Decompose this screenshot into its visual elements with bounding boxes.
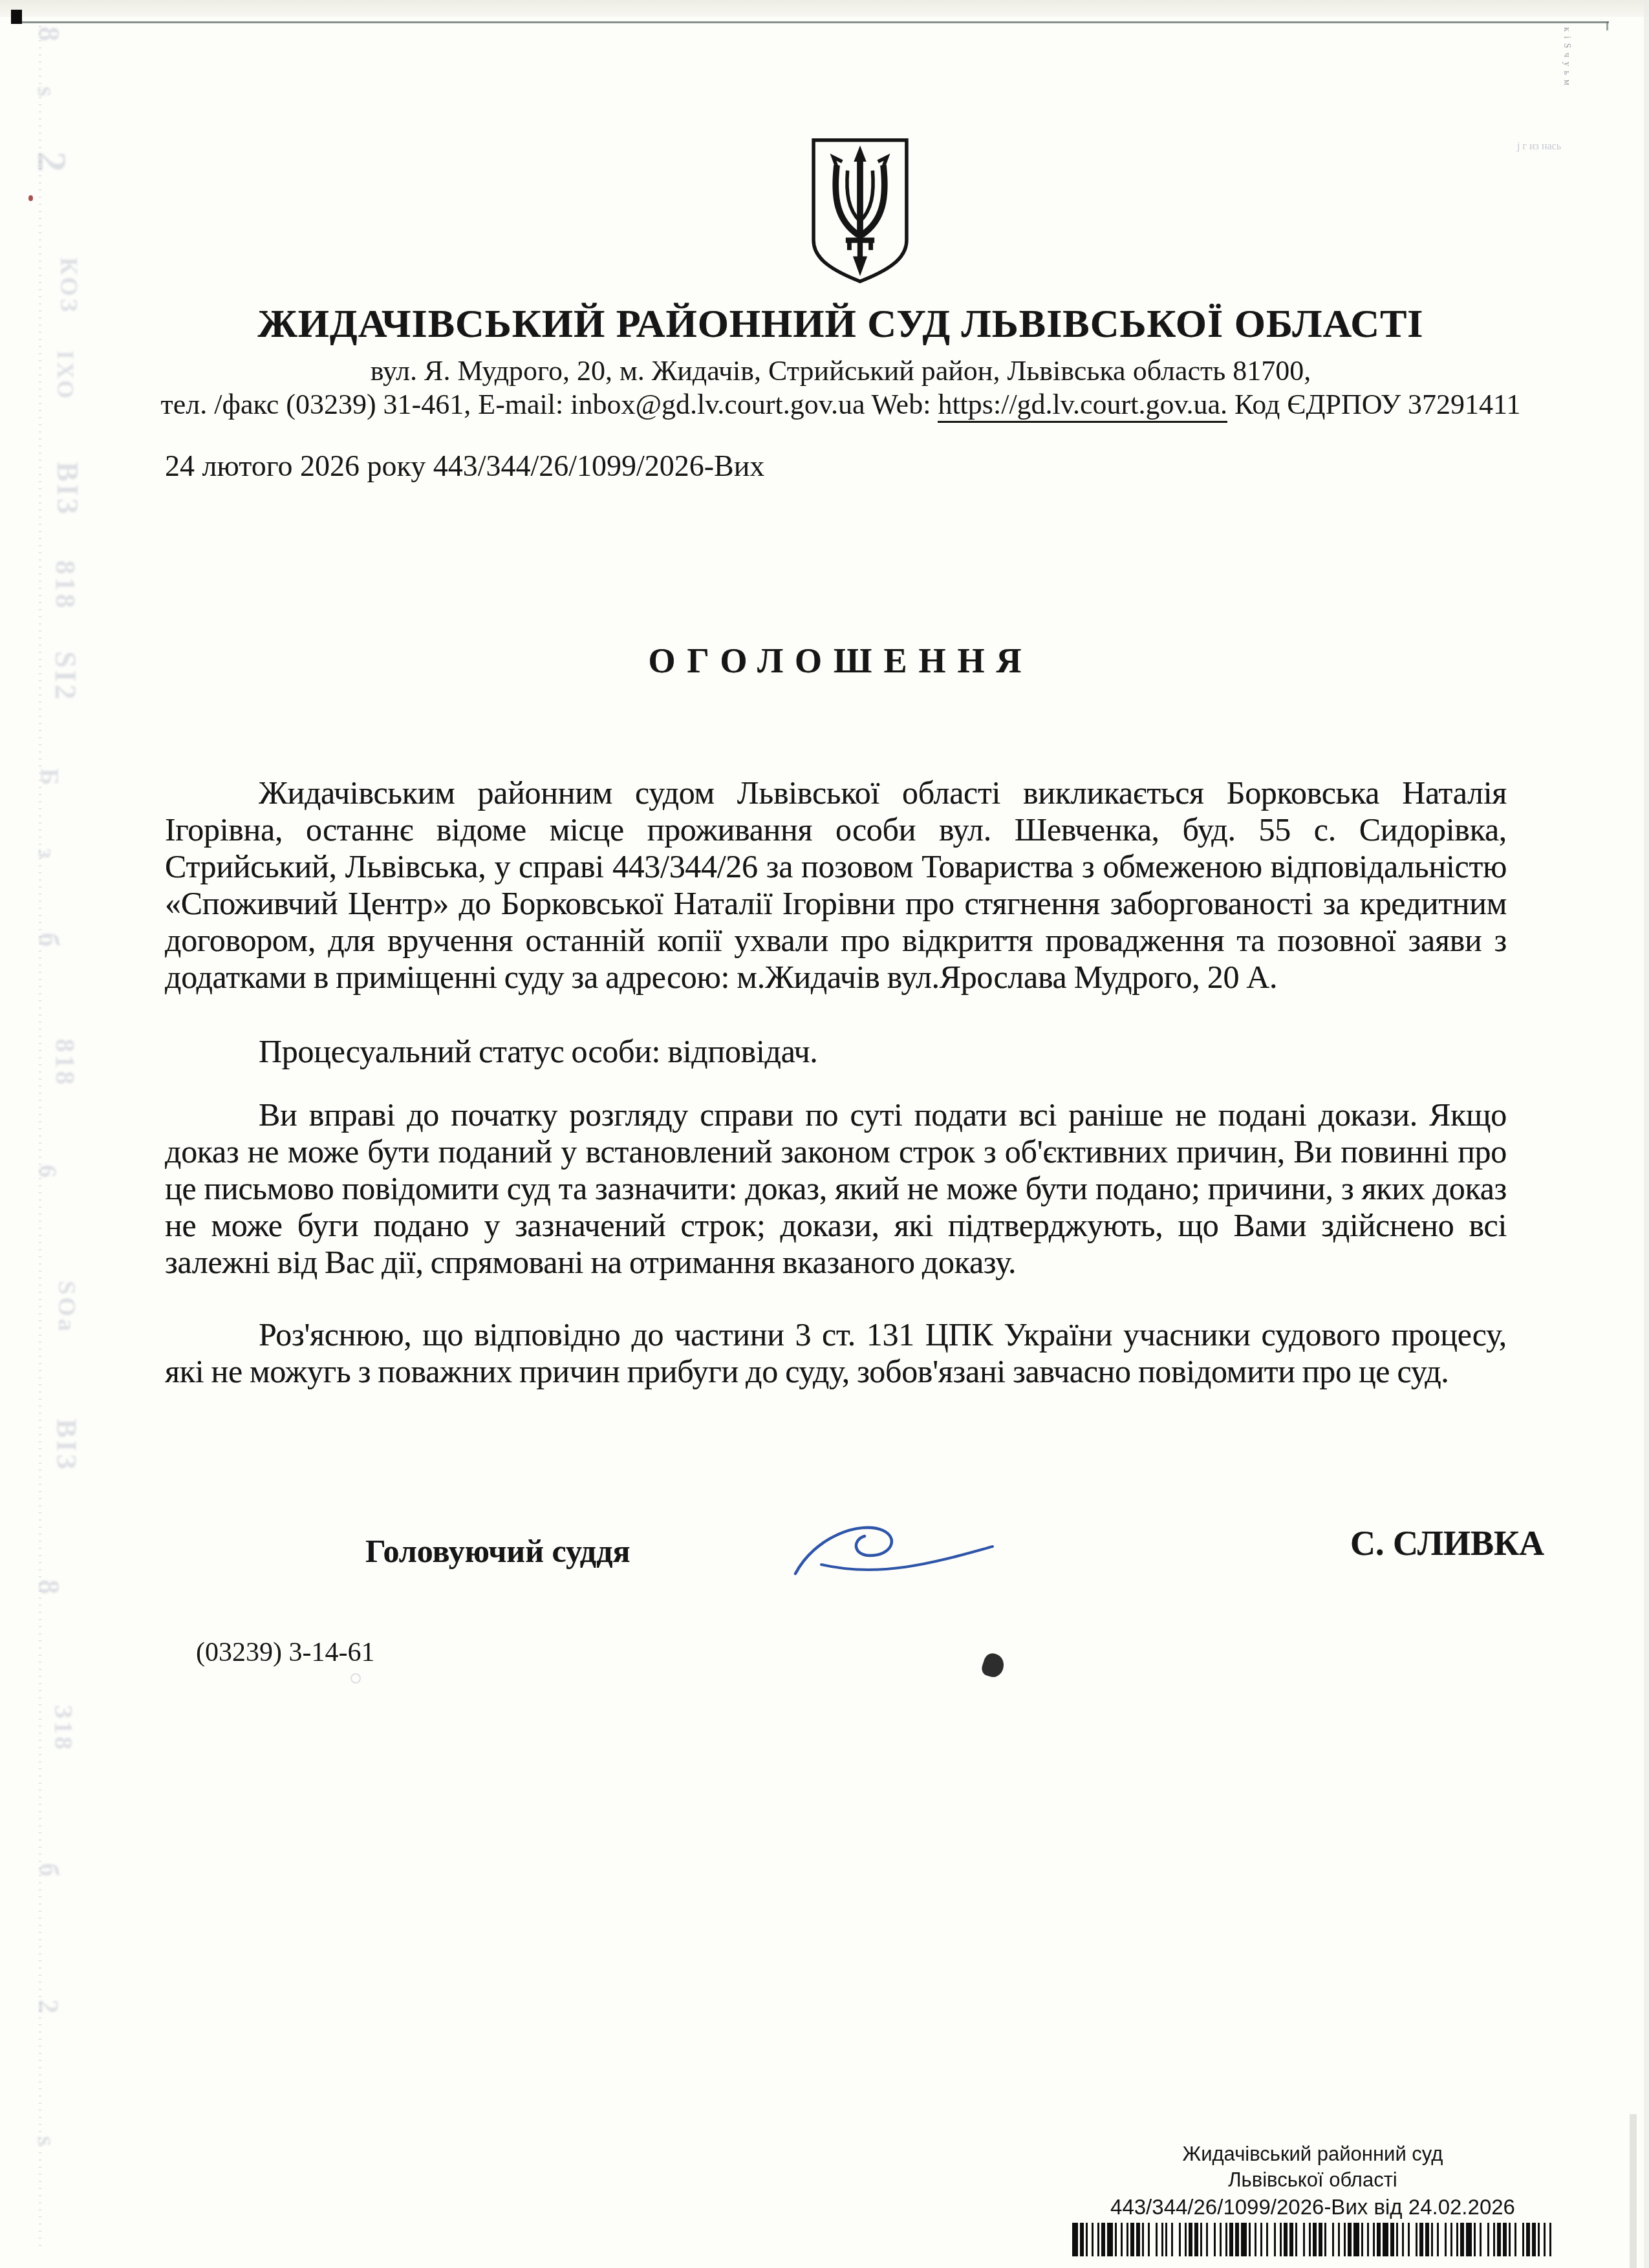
scan-right-edge bbox=[1644, 0, 1649, 2268]
barcode-bar bbox=[1173, 2223, 1179, 2256]
judge-role-label: Головуючий суддя bbox=[365, 1532, 630, 1570]
edrpou-code: Код ЄДРПОУ 37291411 bbox=[1227, 389, 1520, 420]
scan-fold-line-corner bbox=[1606, 21, 1608, 30]
bleed-through-mark: ѕ bbox=[31, 87, 61, 100]
body-paragraph: Роз'яснюю, що відповідно до частини 3 ст… bbox=[165, 1316, 1507, 1390]
barcode-bar bbox=[1241, 2223, 1247, 2256]
document-page: 8ѕ2КОЗІХОВІЗ818ЅІ2Бзб8186ЅОаВІЗ8З18б2ѕ к… bbox=[0, 0, 1649, 2268]
barcode bbox=[1072, 2223, 1553, 2256]
barcode-bar bbox=[1383, 2223, 1388, 2256]
bleed-through-mark: б bbox=[33, 1863, 64, 1879]
court-website-link: https://gd.lv.court.gov.ua. bbox=[938, 389, 1227, 423]
bleed-through-mark: Б bbox=[35, 768, 65, 787]
ukraine-trident-icon bbox=[806, 133, 914, 288]
registration-stamp: Жидачівський районний суд Львівської обл… bbox=[1070, 2141, 1555, 2256]
bleed-through-mark: 818 bbox=[49, 1039, 80, 1087]
bleed-through-mark: 818 bbox=[49, 561, 82, 611]
body-paragraph: Процесуальний статус особи: відповідач. bbox=[165, 1033, 1507, 1070]
barcode-bar bbox=[1150, 2223, 1156, 2256]
bleed-through-mark: 8 bbox=[32, 1579, 66, 1597]
barcode-bar bbox=[1466, 2223, 1472, 2256]
bleed-through-mark: ѕ bbox=[31, 2136, 61, 2149]
document-title: ОГОЛОШЕННЯ bbox=[65, 641, 1617, 681]
barcode-bar bbox=[1482, 2223, 1487, 2256]
faint-scribble: ј г из нась bbox=[1517, 141, 1621, 153]
paper-edge-shadow bbox=[1630, 2114, 1637, 2268]
handwritten-signature bbox=[786, 1521, 999, 1585]
barcode-bar bbox=[1208, 2223, 1214, 2256]
scan-fold-line bbox=[22, 21, 1609, 23]
body-paragraph: Ви вправі до початку розгляду справи по … bbox=[165, 1097, 1507, 1281]
body-paragraph: Жидачівським районним судом Львівської о… bbox=[165, 775, 1507, 996]
barcode-bar bbox=[1410, 2223, 1416, 2256]
stamp-court-region: Львівської області bbox=[1070, 2167, 1555, 2193]
barcode-bar bbox=[1268, 2223, 1274, 2256]
court-contacts: тел. /факс (03239) 31-461, E-mail: inbox… bbox=[65, 388, 1617, 421]
bleed-through-mark: ЅОа bbox=[52, 1281, 81, 1334]
stamp-outgoing-number: 443/344/26/1099/2026-Вих від 24.02.2026 bbox=[1070, 2193, 1555, 2221]
bleed-through-mark: 2 bbox=[32, 2000, 65, 2017]
barcode-bar bbox=[1516, 2223, 1522, 2256]
barcode-bar bbox=[1072, 2223, 1078, 2256]
barcode-bar bbox=[1297, 2223, 1303, 2256]
faint-ring-mark bbox=[350, 1673, 361, 1684]
bleed-through-mark: ВІЗ bbox=[50, 462, 85, 517]
bleed-through-mark: б bbox=[32, 933, 65, 950]
barcode-bar bbox=[1439, 2223, 1445, 2256]
clerk-phone-number: (03239) 3-14-61 bbox=[196, 1637, 374, 1668]
contact-text: тел. /факс (03239) 31-461, E-mail: inbox… bbox=[161, 389, 938, 420]
stamp-court-name: Жидачівський районний суд bbox=[1070, 2141, 1555, 2167]
scan-left-edge-strip bbox=[39, 26, 41, 2250]
bleed-through-mark: 2 bbox=[28, 151, 76, 175]
date-and-outgoing-number: 24 лютого 2026 року 443/344/26/1099/2026… bbox=[165, 449, 764, 483]
bleed-through-mark: з bbox=[32, 848, 61, 861]
court-address: вул. Я. Мудрого, 20, м. Жидачів, Стрийсь… bbox=[65, 354, 1617, 387]
bleed-through-mark: 6 bbox=[33, 1165, 63, 1181]
barcode-bar bbox=[1551, 2223, 1553, 2256]
court-name: ЖИДАЧІВСЬКИЙ РАЙОННИЙ СУД ЛЬВІВСЬКОЇ ОБЛ… bbox=[65, 301, 1617, 347]
ink-smudge bbox=[980, 1651, 1007, 1680]
bleed-through-mark: ВІЗ bbox=[50, 1419, 83, 1472]
red-ink-dot bbox=[28, 195, 33, 201]
scanner-top-edge-band bbox=[0, 0, 1649, 17]
scan-corner-mark bbox=[11, 10, 22, 24]
barcode-bar bbox=[1107, 2223, 1113, 2256]
bleed-through-glyph-column: кіЅчуьм bbox=[1561, 27, 1571, 105]
barcode-bar bbox=[1326, 2223, 1332, 2256]
bleed-through-mark: 8 bbox=[32, 27, 66, 44]
barcode-bar bbox=[1353, 2223, 1359, 2256]
judge-name: С. СЛИВКА bbox=[1350, 1523, 1544, 1563]
bleed-through-mark: З18 bbox=[48, 1705, 79, 1752]
